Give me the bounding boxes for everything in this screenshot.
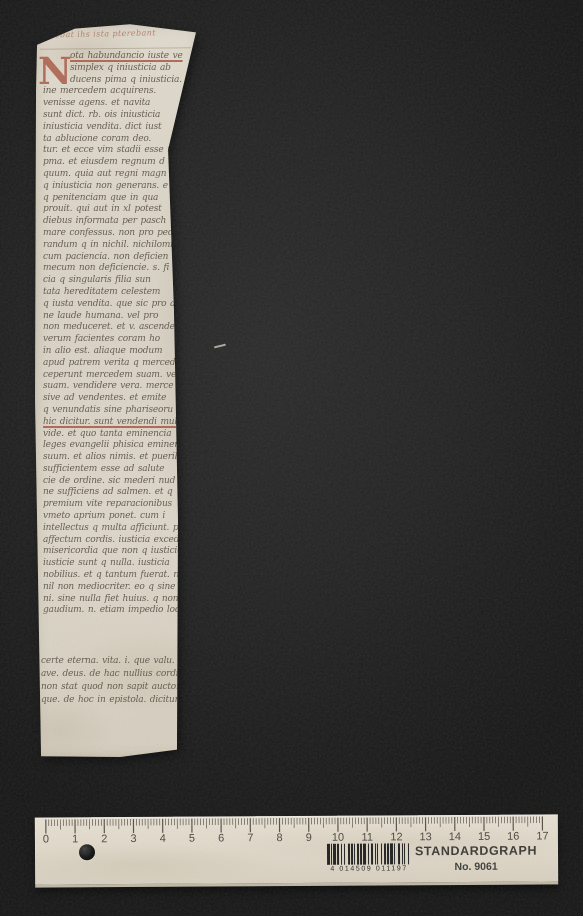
manuscript-line: nil non mediocriter. eo q sine [43,582,201,594]
manuscript-line: apud patrem verita q mercede [43,358,201,370]
manuscript-line: leges evangelii phisica eminenci [43,440,201,452]
manuscript-line: nobilius. et q tantum fuerat. n [43,570,201,582]
manuscript-line: suam. vendidere vera. merce [43,381,201,393]
ruler-number: 5 [183,833,201,845]
manuscript-line: ne laude humana. vel pro [43,311,201,323]
ruler-brand-block: STANDARDGRAPH No. 9061 [391,843,561,873]
brand-label: STANDARDGRAPH [391,843,561,858]
manuscript-line: premium vite reparacionibus [43,499,201,511]
ruler-number: 6 [212,832,230,844]
manuscript-line: ni. sine nulla fiet huius. q non [43,594,201,606]
manuscript-line: mare confessus. non pro pec [43,228,201,240]
manuscript-line: affectum cordis. iusticia excede [43,535,201,547]
manuscript-line: gaudium. n. etiam impedio loca [43,605,201,617]
manuscript-line: ave. deus. de hac nullius cordis. in deo… [41,668,201,681]
manuscript-line: sive ad vendentes. et emite [43,393,201,405]
manuscript-line: intellectus q multa afficiunt. p [43,523,201,535]
manuscript-line: cia q singularis filia sun [43,275,201,287]
parchment: ¶ Rebat ihs ista pterebant N ota habunda… [33,22,201,760]
manuscript-line: in alio est. aliaque modum [43,346,201,358]
manuscript-line: cie de ordine. sic mederi nud [43,476,201,488]
manuscript-line: tata hereditatem celestem [43,287,201,299]
ruler-number: 7 [241,832,259,844]
ruler-number: 12 [387,831,405,843]
ruler-number: 10 [329,832,347,844]
manuscript-line: suum. et alios nimis. et puerilit [43,452,201,464]
manuscript-line: cum paciencia. non deficien [43,252,201,264]
ruler-number: 0 [37,833,55,845]
ruler-number: 16 [504,831,522,843]
manuscript-line: prouit. qui aut in xl potest [43,204,201,216]
manuscript-line: quum. quia aut regni magn [43,169,201,181]
manuscript-line: que. de hoc in epistola. dicitur. in. xl… [41,694,201,707]
manuscript-line: q penitenciam que in qua [43,193,201,205]
manuscript-line: venisse agens. et navita [43,98,201,110]
manuscript-line: ducens pima q iniusticia. t [70,75,201,87]
manuscript-line: non meduceret. et v. ascendent [43,322,201,334]
manuscript-line: diebus informata per pasch [43,216,201,228]
manuscript-line: q iusta vendita. que sic pro ab [43,299,201,311]
manuscript-line: q iniusticia non generans. e [43,181,201,193]
manuscript-text-block-bottom: certe eterna. vita. i. que valu. etave. … [41,655,201,707]
manuscript-line: ne sufficiens ad salmen. et q [43,487,201,499]
ruler-number: 8 [271,832,289,844]
ruler-number: 4 [154,833,172,845]
manuscript-line: verum facientes coram ho [43,334,201,346]
manuscript-line: ceperunt mercedem suam. ve [43,370,201,382]
manuscript-line: mecum non deficiencie. s. fi [43,263,201,275]
model-label: No. 9061 [391,860,561,873]
manuscript-line: ine mercedem acquirens. [43,86,201,98]
ruler-hole [79,844,95,860]
background-scratch-mark [214,344,226,349]
ruler-number: 3 [125,833,143,845]
manuscript-line: non stat quod non sapit auctoritas. s. [41,681,201,694]
ruler-number: 11 [358,832,376,844]
manuscript-line: iniusticia vendita. dict iust [43,122,201,134]
manuscript-text-block-main: ota habundancio iuste vesimplex q iniust… [43,51,201,617]
manuscript-line: vide. et quo tanta eminencia [43,429,201,441]
manuscript-line: vmeto aprium ponet. cum i [43,511,201,523]
manuscript-line: tur. et ecce vim stadii esse n [43,145,201,157]
ruler-number: 1 [66,833,84,845]
manuscript-line: iusticie sunt q nulla. iusticia [43,558,201,570]
manuscript-header-note: ¶ Rebat ihs ista pterebant [40,27,200,39]
manuscript-line: sunt dict. rb. ois iniusticia [43,110,201,122]
ruler-number: 17 [533,830,551,842]
manuscript-line: randum q in nichil. nichilomi [43,240,201,252]
manuscript-line: hic dicitur. sunt vendendi mult [43,417,201,429]
ruler-number: 9 [300,832,318,844]
ruler-number: 15 [475,831,493,843]
manuscript-line: certe eterna. vita. i. que valu. et [41,655,201,668]
ruler-number: 2 [95,833,113,845]
ruler-number: 14 [446,831,464,843]
manuscript-line: sufficientem esse ad salute [43,464,201,476]
manuscript-line: ota habundancio iuste ve [70,51,201,63]
manuscript-strip: ¶ Rebat ihs ista pterebant N ota habunda… [33,22,201,760]
manuscript-line: ta ablucione coram deo. [43,134,201,146]
photo-stage: ¶ Rebat ihs ista pterebant N ota habunda… [0,0,583,916]
manuscript-line: simplex q iniusticia ab [70,63,201,75]
manuscript-line: pma. et eiusdem regnum d [43,157,201,169]
ruler: 01234567891011121314151617 4 014509 0111… [35,814,558,887]
ruler-number: 13 [417,831,435,843]
manuscript-line: misericordia que non q iusticie [43,546,201,558]
manuscript-line: q venundatis sine phariseoru [43,405,201,417]
